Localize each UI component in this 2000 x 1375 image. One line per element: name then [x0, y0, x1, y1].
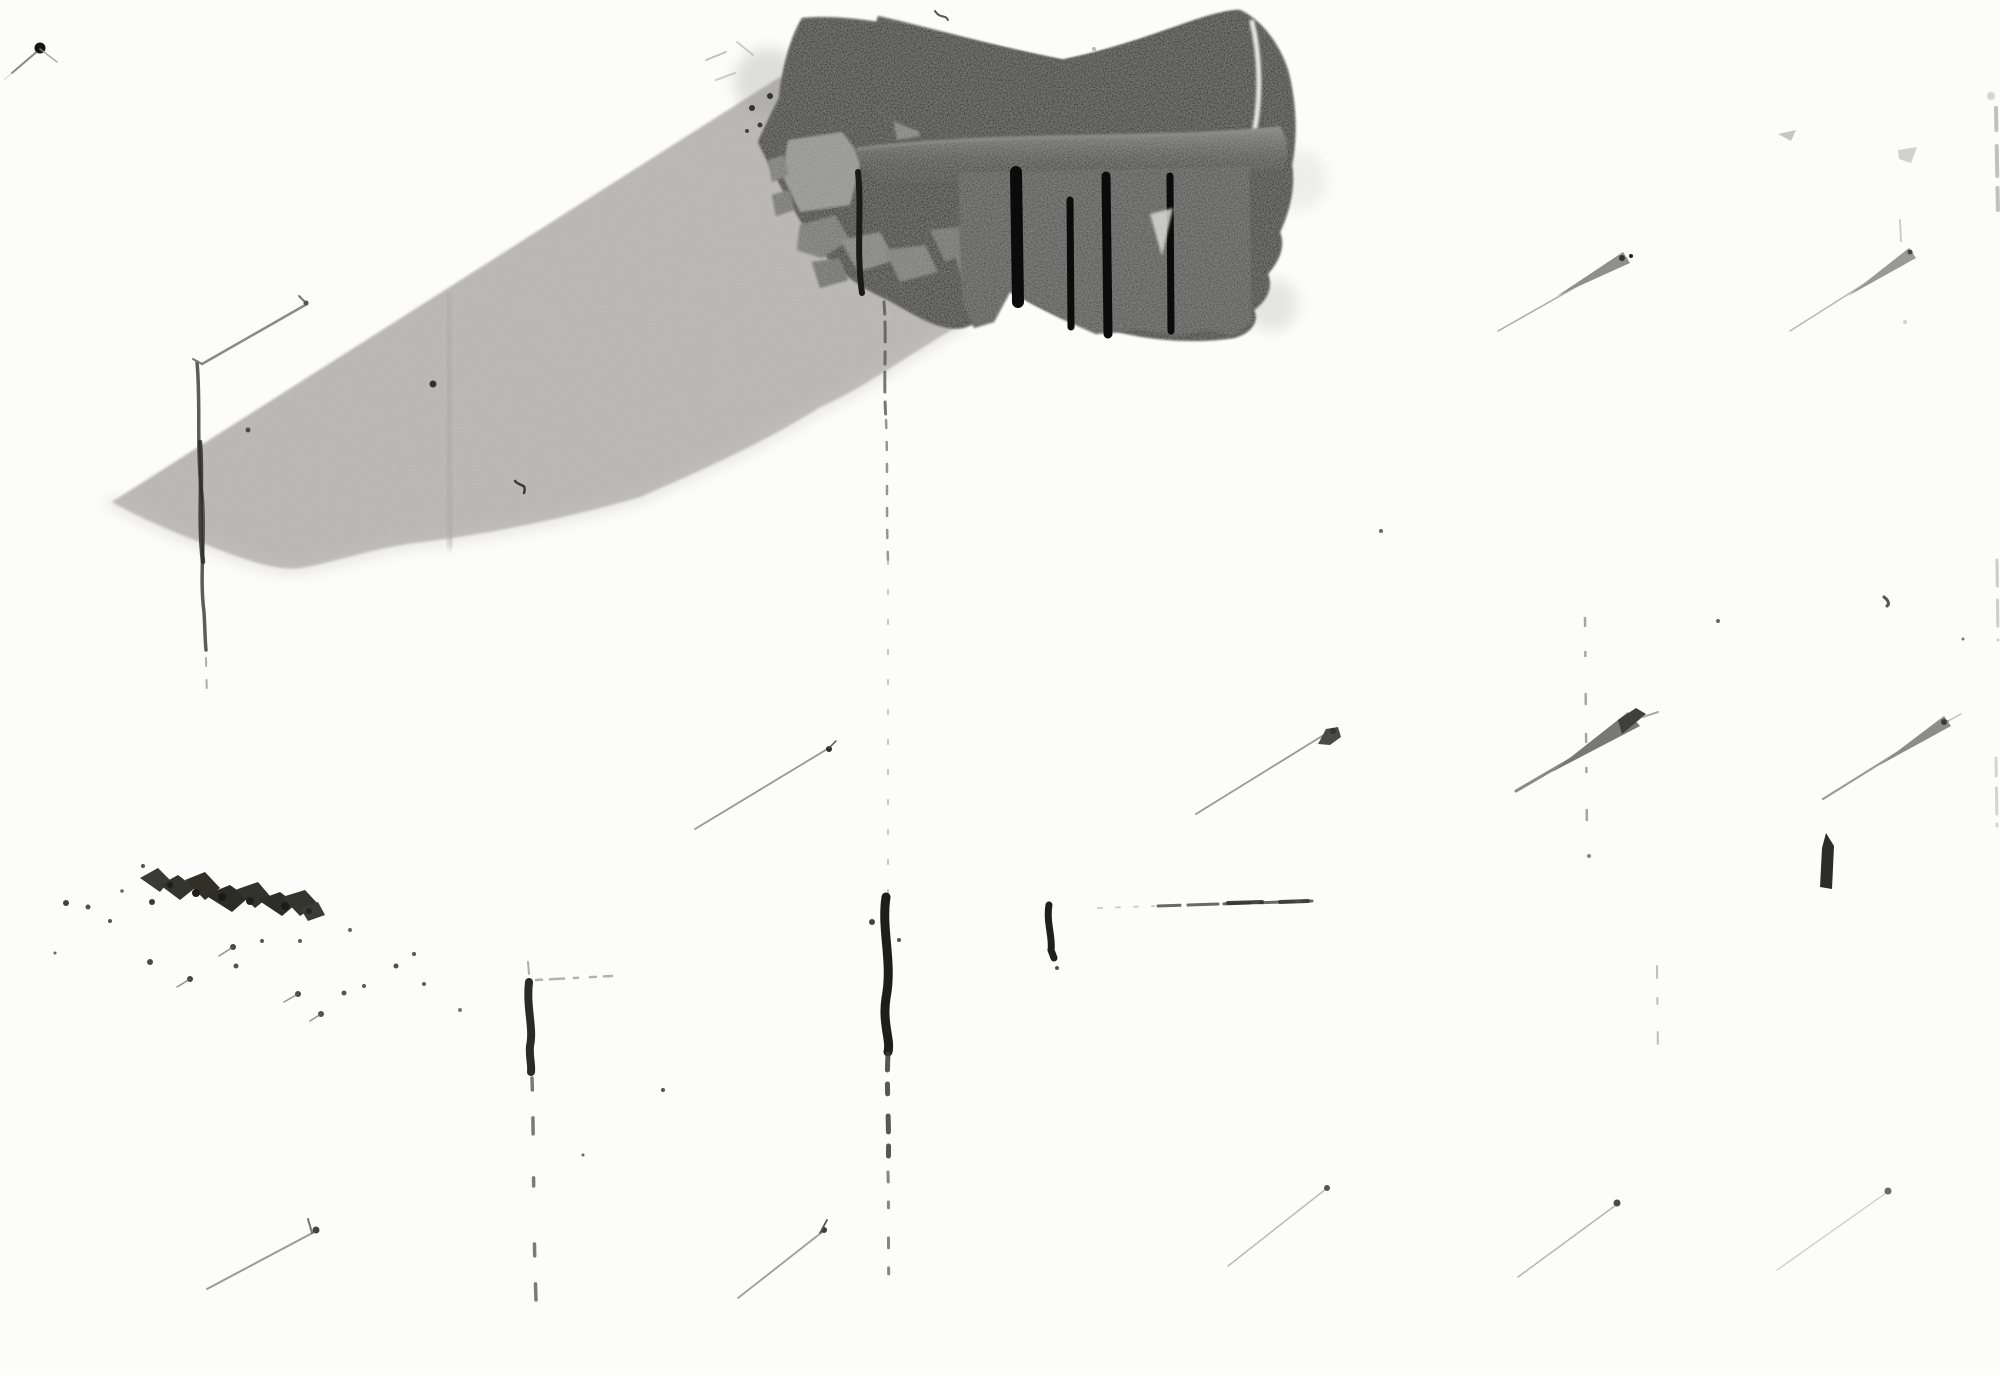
right-edge-smear [1996, 758, 1997, 826]
stray-dot [1962, 638, 1965, 641]
streak-shaft [1777, 1193, 1886, 1270]
top-curl-mark [935, 11, 948, 20]
center-scratch-end [888, 1172, 889, 1292]
top-right-smudge [1778, 130, 1796, 141]
streak-taper [1557, 252, 1630, 296]
speckle [108, 919, 112, 923]
stray-dot [1716, 619, 1720, 623]
debris-fleck [767, 93, 773, 99]
photo-canvas [0, 0, 2000, 1375]
smudge-line [716, 73, 735, 80]
speckle [234, 964, 239, 969]
debris-fleck [749, 105, 755, 111]
stray-dot [1903, 320, 1907, 324]
stray-dot [661, 1088, 665, 1092]
band-dot [246, 428, 251, 433]
streak-barb [1948, 714, 1961, 721]
center-scratch-mid [886, 420, 888, 560]
horizontal-hairline-left [536, 976, 612, 980]
band-vertical-smear [448, 298, 451, 545]
streak-shaft [1518, 1205, 1616, 1277]
stray-comma [1884, 597, 1888, 606]
tick-fleck [1055, 966, 1059, 970]
right-dashed-scratch [1585, 618, 1587, 838]
streak-shaft [207, 1230, 318, 1289]
horizontal-hairline-clump [1228, 902, 1262, 903]
debris-fleck [758, 123, 763, 128]
streak-taper [1878, 716, 1951, 766]
speckle [63, 900, 69, 906]
speckle [298, 939, 302, 943]
top-right-dash [1900, 220, 1901, 241]
speckle [147, 959, 153, 965]
speckle-core [306, 908, 312, 914]
horizontal-hairline-lead [1098, 906, 1154, 908]
speckle [260, 939, 264, 943]
streak-head [1330, 728, 1336, 734]
streak-head [1614, 1200, 1621, 1207]
slat-gap [1016, 172, 1018, 302]
speckle [458, 1008, 462, 1012]
speckle [86, 905, 91, 910]
streak-head [1619, 255, 1625, 261]
speckle [394, 964, 399, 969]
speckle [412, 952, 416, 956]
streak-shaft [695, 748, 829, 829]
speckle-core [167, 882, 173, 888]
streak-barb [308, 1219, 312, 1233]
streak-head [1885, 1188, 1892, 1195]
left-scratch-dashes [532, 1078, 536, 1300]
center-scratch-lower [887, 1054, 888, 1170]
smudge-line [737, 42, 753, 55]
right-edge-smear [1997, 560, 1998, 640]
left-scratch-lead [528, 962, 529, 974]
streak-shaft [202, 304, 307, 364]
slat-gap [1106, 176, 1108, 334]
speckle-core [192, 889, 200, 897]
streak-tail-wisp [4, 73, 12, 80]
speckle-tail [284, 994, 298, 1002]
speckle [348, 928, 352, 932]
speckle-core [246, 897, 254, 905]
film-scratch-tail [206, 658, 207, 700]
scratch-fleck [869, 919, 875, 925]
speckle-core [218, 893, 226, 901]
slat-gap [1170, 176, 1171, 331]
streak-shaft [1228, 1189, 1326, 1266]
speckle [149, 899, 155, 905]
streak-taper [1848, 248, 1916, 296]
stray-dot [1092, 47, 1096, 51]
right-dashed-scratch-lower [1657, 966, 1658, 1058]
speckle-core [281, 902, 289, 910]
smudge-line [706, 52, 726, 60]
bold-tick [1048, 905, 1054, 958]
debris-fleck [745, 129, 749, 133]
scratch-fleck [1587, 854, 1591, 858]
speckle [54, 952, 57, 955]
streak-shaft [738, 1229, 826, 1298]
film-scratch-vertical-core [200, 442, 203, 562]
speckle-tail [219, 947, 233, 956]
horizontal-hairline-clump [1280, 901, 1308, 902]
right-edge-smear [1996, 108, 1998, 215]
top-right-smudge [1898, 147, 1917, 163]
streak-head [1941, 719, 1947, 725]
streak-barb [40, 49, 57, 62]
streak-shaft [1196, 733, 1327, 814]
speckle-tail [177, 979, 190, 987]
streak-head [304, 301, 309, 306]
center-scratch-bold [885, 897, 889, 1052]
speckle [120, 889, 124, 893]
speckle [422, 982, 426, 986]
streak-head [1908, 250, 1913, 255]
speckle [141, 864, 145, 868]
streak-shaft [12, 49, 40, 73]
streak-head [1324, 1185, 1330, 1191]
speckle [362, 984, 366, 988]
scratch-fleck [897, 938, 901, 942]
right-bold-bar [1820, 833, 1834, 889]
speckle-tail [310, 1014, 321, 1021]
speckle [342, 991, 347, 996]
stray-dot [582, 1154, 585, 1157]
stray-dot [1379, 529, 1383, 533]
streak-barb [829, 741, 836, 748]
right-edge-blob [1987, 92, 1995, 100]
left-scratch-bold [528, 982, 531, 1072]
streak-head [1629, 254, 1633, 258]
streak-head [313, 1227, 320, 1234]
rubble-drip-line [858, 172, 862, 293]
band-dot [430, 381, 437, 388]
slat-gap [1070, 200, 1071, 327]
photograph [0, 0, 2000, 1375]
